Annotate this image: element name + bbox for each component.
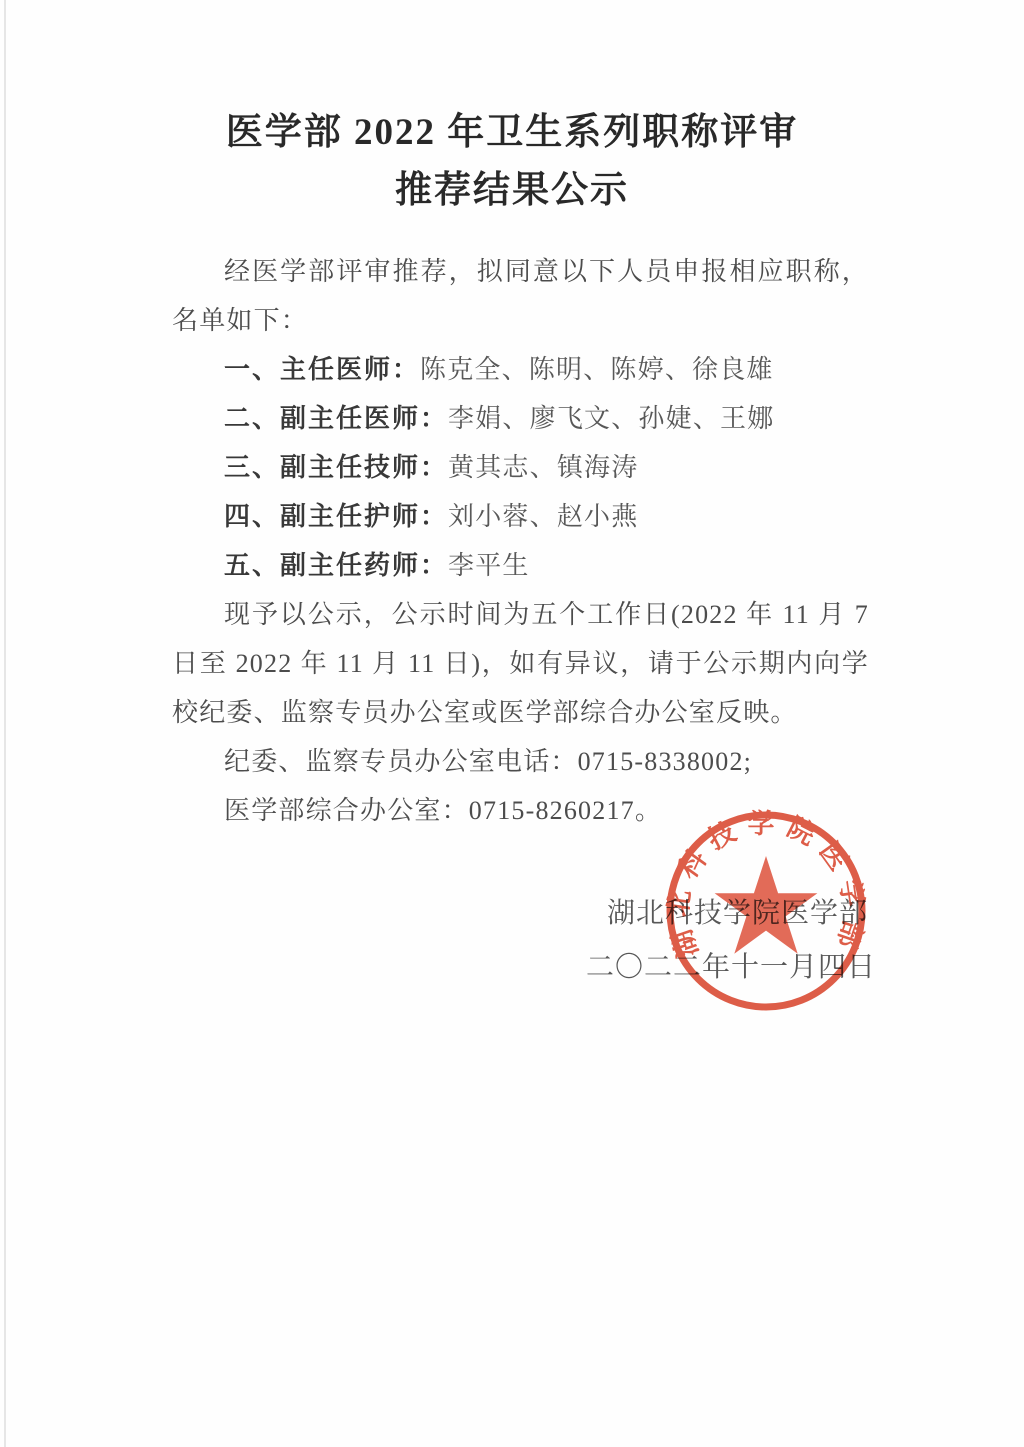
intro-paragraph: 经医学部评审推荐，拟同意以下人员申报相应职称，名单如下： [172,247,869,345]
document-page: 医学部 2022 年卫生系列职称评审 推荐结果公示 经医学部评审推荐，拟同意以下… [0,0,1024,1447]
list-item-names: 黄其志、镇海涛 [448,453,638,482]
list-item-names: 陈克全、陈明、陈婷、徐良雄 [420,355,774,384]
document-title: 医学部 2022 年卫生系列职称评审 推荐结果公示 [0,104,1024,220]
official-seal: 湖北科技学院医学部 [661,806,871,1016]
title-line-1: 医学部 2022 年卫生系列职称评审 [0,104,1024,162]
document-body: 经医学部评审推荐，拟同意以下人员申报相应职称，名单如下： 一、主任医师：陈克全、… [172,247,869,835]
list-item-label: 四、副主任护师： [224,501,448,531]
list-item: 五、副主任药师：李平生 [172,541,869,590]
seal-star-icon [715,856,818,954]
title-line-2: 推荐结果公示 [0,162,1024,220]
list-item-names: 李平生 [448,551,530,580]
contact-line-jiwei: 纪委、监察专员办公室电话：0715-8338002; [172,737,869,786]
list-item-label: 一、主任医师： [224,354,420,384]
list-item: 四、副主任护师：刘小蓉、赵小燕 [172,492,869,541]
notice-paragraph: 现予以公示，公示时间为五个工作日(2022 年 11 月 7 日至 2022 年… [172,590,869,737]
list-item: 三、副主任技师：黄其志、镇海涛 [172,443,869,492]
list-item-names: 刘小蓉、赵小燕 [448,502,638,531]
list-item-label: 三、副主任技师： [224,452,448,482]
list-item-names: 李娟、廖飞文、孙婕、王娜 [448,404,774,433]
list-item-label: 二、副主任医师： [224,403,448,433]
list-item: 二、副主任医师：李娟、廖飞文、孙婕、王娜 [172,394,869,443]
list-item: 一、主任医师：陈克全、陈明、陈婷、徐良雄 [172,345,869,394]
list-item-label: 五、副主任药师： [224,550,448,580]
